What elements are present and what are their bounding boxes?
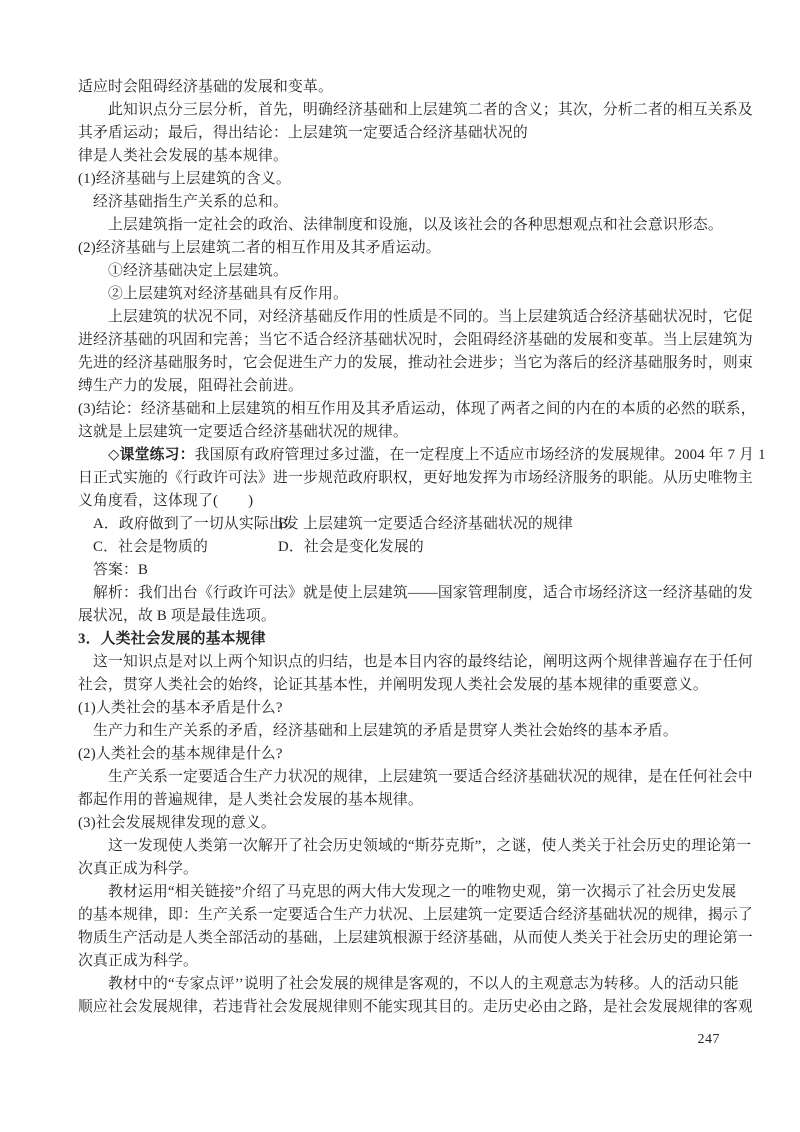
text-line: (2)人类社会的基本规律是什么? <box>78 743 738 766</box>
option-d: D．社会是变化发展的 <box>278 536 424 559</box>
text-line: 展状况，故 B 项是最佳选项。 <box>78 605 738 628</box>
option-b: B．上层建筑一定要适合经济基础状况的规律 <box>278 513 573 536</box>
text-line: 缚生产力的发展，阻碍社会前进。 <box>78 375 738 398</box>
text-line: 律是人类社会发展的基本规律。 <box>78 145 738 168</box>
text-line: (3)社会发展规律发现的意义。 <box>78 812 738 835</box>
practice-exercise-lead: ◇课堂练习：我国原有政府管理过多过滥，在一定程度上不适应市场经济的发展规律。20… <box>78 444 738 467</box>
text-line: 次真正成为科学。 <box>78 858 738 881</box>
options-row-cd: C．社会是物质的D．社会是变化发展的 <box>78 536 738 559</box>
options-row-ab: A．政府做到了一切从实际出发B．上层建筑一定要适合经济基础状况的规律 <box>78 513 738 536</box>
text-line: ①经济基础决定上层建筑。 <box>78 260 738 283</box>
page-number: 247 <box>698 1032 721 1048</box>
answer-line: 答案：B <box>78 559 738 582</box>
text-line: (1)人类社会的基本矛盾是什么? <box>78 697 738 720</box>
text-line: 生产力和生产关系的矛盾，经济基础和上层建筑的矛盾是贯穿人类社会始终的基本矛盾。 <box>78 720 738 743</box>
text-line: 次真正成为科学。 <box>78 950 738 973</box>
text-line: (3)结论：经济基础和上层建筑的相互作用及其矛盾运动，体现了两者之间的内在的本质… <box>78 398 738 421</box>
text-line: 物质生产活动是人类全部活动的基础，上层建筑根源于经济基础，从而使人类关于社会历史… <box>78 927 738 950</box>
text-line: 这一发现使人类第一次解开了社会历史领域的“斯芬克斯”，之谜，使人类关于社会历史的… <box>78 835 738 858</box>
text-line: (1)经济基础与上层建筑的含义。 <box>78 168 738 191</box>
line-text: 我国原有政府管理过多过滥，在一定程度上不适应市场经济的发展规律。2004 年 7… <box>195 447 766 463</box>
text-line: 社会，贯穿人类社会的始终，论证其基本性，并阐明发现人类社会发展的基本规律的重要意… <box>78 674 738 697</box>
text-line: 教材运用“相关链接”介绍了马克思的两大伟大发现之一的唯物史观，第一次揭示了社会历… <box>78 881 738 904</box>
text-line: 上层建筑指一定社会的政治、法律制度和设施，以及该社会的各种思想观点和社会意识形态… <box>78 214 738 237</box>
text-line: ②上层建筑对经济基础具有反作用。 <box>78 283 738 306</box>
text-line: 这一知识点是对以上两个知识点的归结，也是本目内容的最终结论，阐明这两个规律普遍存… <box>78 651 738 674</box>
bold-prefix: ◇课堂练习： <box>108 447 195 463</box>
text-line: 进经济基础的巩固和完善；当它不适合经济基础状况时，会阻碍经济基础的发展和变革。当… <box>78 329 738 352</box>
option-a: A．政府做到了一切从实际出发 <box>78 516 299 532</box>
text-line: 日正式实施的《行政许可法》进一步规范政府职权，更好地发挥为市场经济服务的职能。从… <box>78 467 738 490</box>
question-stem-end: 义角度看，这体现了( ) <box>78 490 738 513</box>
document-page: 适应时会阻碍经济基础的发展和变革。此知识点分三层分析，首先，明确经济基础和上层建… <box>0 0 800 1132</box>
text-line: 上层建筑的状况不同，对经济基础反作用的性质是不同的。当上层建筑适合经济基础状况时… <box>78 306 738 329</box>
analysis-line: 解析：我们出台《行政许可法》就是使上层建筑——国家管理制度，适合市场经济这一经济… <box>78 582 738 605</box>
option-c: C．社会是物质的 <box>78 539 208 555</box>
text-line: 先进的经济基础服务时，它会促进生产力的发展，推动社会进步；当它为落后的经济基础服… <box>78 352 738 375</box>
text-line: 适应时会阻碍经济基础的发展和变革。 <box>78 76 738 99</box>
text-line: 教材中的“专家点评’’说明了社会发展的规律是客观的，不以人的主观意志为转移。人的… <box>78 973 738 996</box>
text-line: 都起作用的普遍规律，是人类社会发展的基本规律。 <box>78 789 738 812</box>
text-line: 这就是上层建筑一定要适合经济基础状况的规律。 <box>78 421 738 444</box>
text-line: (2)经济基础与上层建筑二者的相互作用及其矛盾运动。 <box>78 237 738 260</box>
text-block: 适应时会阻碍经济基础的发展和变革。此知识点分三层分析，首先，明确经济基础和上层建… <box>78 76 738 1019</box>
text-line: 的基本规律，即：生产关系一定要适合生产力状况、上层建筑一定要适合经济基础状况的规… <box>78 904 738 927</box>
text-line: 其矛盾运动；最后，得出结论：上层建筑一定要适合经济基础状况的 <box>78 122 738 145</box>
section-3-heading: 3．人类社会发展的基本规律 <box>78 628 738 651</box>
text-line: 此知识点分三层分析，首先，明确经济基础和上层建筑二者的含义；其次，分析二者的相互… <box>78 99 738 122</box>
text-line: 生产关系一定要适合生产力状况的规律，上层建筑一要适合经济基础状况的规律，是在任何… <box>78 766 738 789</box>
text-line: 经济基础指生产关系的总和。 <box>78 191 738 214</box>
text-line: 顺应社会发展规律，若违背社会发展规律则不能实现其目的。走历史必由之路，是社会发展… <box>78 996 738 1019</box>
